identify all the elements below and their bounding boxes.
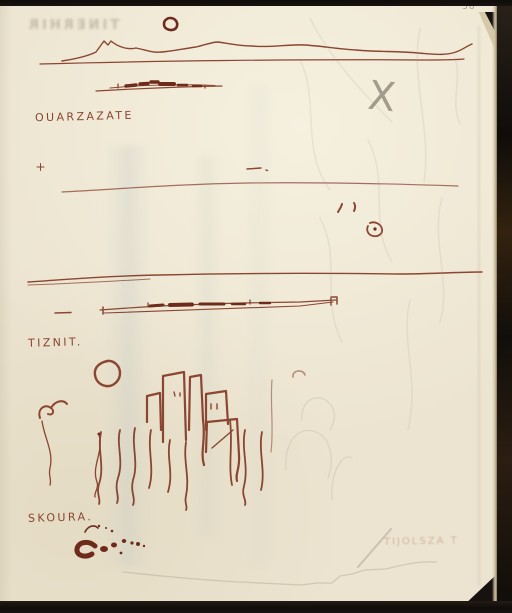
- kasbah-sun-sketch: [95, 361, 120, 386]
- mid-accent-marks: [338, 203, 382, 236]
- horizon-line-2: [28, 272, 482, 285]
- label-skoura: SKOURA.: [28, 510, 93, 525]
- scan-edge-bottom: [0, 601, 512, 613]
- sun-circle-sketch: [164, 18, 177, 30]
- label-tiznit: TIZNIT.: [28, 335, 83, 349]
- horizon-line-1: [37, 164, 458, 193]
- oasis-strip-sketch: [55, 297, 337, 314]
- pencil-marks: [123, 18, 460, 585]
- ouarzazate-village-sketch: [96, 82, 222, 91]
- left-squiggle-sketch: [39, 401, 100, 497]
- scan-edge-top: [0, 0, 512, 6]
- sketchbook-page: OUARZAZATE TIZNIT. SKOURA. X TINERHIR TI…: [0, 6, 497, 602]
- mountain-ridge-sketch: [40, 41, 472, 64]
- sketchbook-scan: OUARZAZATE TIZNIT. SKOURA. X TINERHIR TI…: [0, 0, 512, 613]
- ink-blot-cluster: [77, 525, 145, 556]
- faint-ink-strokes: [271, 371, 305, 452]
- pencil-x-mark: X: [366, 73, 398, 122]
- kasbah-towers-sketch: [147, 372, 239, 485]
- label-ouarzazate: OUARZAZATE: [35, 109, 134, 125]
- book-page-block-edge: [497, 0, 512, 613]
